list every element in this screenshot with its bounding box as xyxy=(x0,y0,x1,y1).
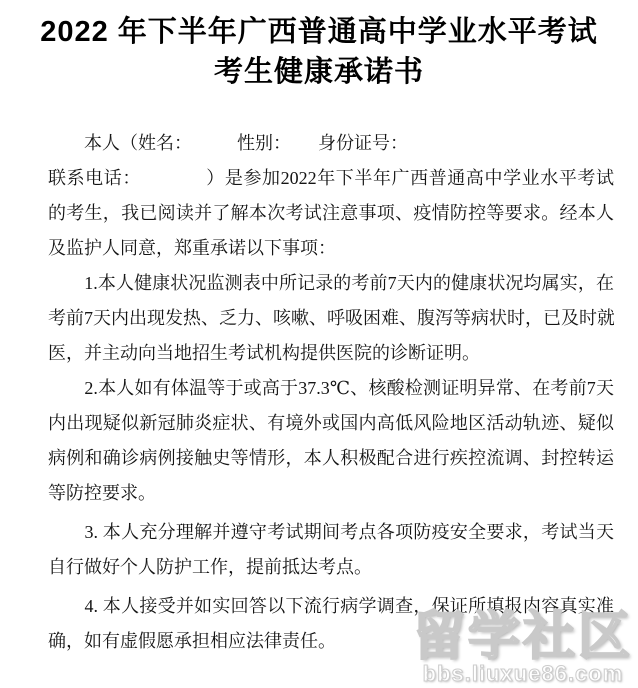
item-2-line-3: 病例和确诊病例接触史等情形，本人积极配合进行疾控流调、封控转运 xyxy=(48,441,614,476)
item-1-line-1: 1.本人健康状况监测表中所记录的考前7天内的健康状况均属实，在 xyxy=(48,266,614,301)
item-3-line-1: 3. 本人充分理解并遵守考试期间考点各项防疫安全要求，考试当天 xyxy=(48,515,614,550)
watermark-site-url: bbs.liuxue86.com xyxy=(413,662,633,686)
intro-paragraph: 本人（姓名： 性别： 身份证号： 联系电话： ）是参加2022年下半年广西普通高… xyxy=(48,126,614,266)
intro-line-phone: 联系电话： ）是参加2022年下半年广西普通高中学业水平考试 xyxy=(48,161,614,196)
item-4-line-2: 确，如有虚假愿承担相应法律责任。 xyxy=(48,624,614,659)
item-1-line-2: 考前7天内出现发热、乏力、咳嗽、呼吸困难、腹泻等病状时，已及时就 xyxy=(48,301,614,336)
intro-line-4: 及监护人同意，郑重承诺以下事项： xyxy=(48,231,614,266)
commitment-item-2: 2.本人如有体温等于或高于37.3℃、核酸检测证明异常、在考前7天 内出现疑似新… xyxy=(48,371,614,511)
commitment-item-1: 1.本人健康状况监测表中所记录的考前7天内的健康状况均属实，在 考前7天内出现发… xyxy=(48,266,614,371)
item-1-line-3: 医，并主动向当地招生考试机构提供医院的诊断证明。 xyxy=(48,336,614,371)
item-2-line-1: 2.本人如有体温等于或高于37.3℃、核酸检测证明异常、在考前7天 xyxy=(48,371,614,406)
title-line-1: 2022 年下半年广西普通高中学业水平考试 xyxy=(0,12,638,52)
item-2-line-2: 内出现疑似新冠肺炎症状、有境外或国内高低风险地区活动轨迹、疑似 xyxy=(48,406,614,441)
title-line-2: 考生健康承诺书 xyxy=(0,52,638,92)
commitment-item-3: 3. 本人充分理解并遵守考试期间考点各项防疫安全要求，考试当天 自行做好个人防护… xyxy=(48,515,614,585)
document-body: 本人（姓名： 性别： 身份证号： 联系电话： ）是参加2022年下半年广西普通高… xyxy=(48,126,614,659)
document-title: 2022 年下半年广西普通高中学业水平考试 考生健康承诺书 xyxy=(0,12,638,92)
document-page: 2022 年下半年广西普通高中学业水平考试 考生健康承诺书 本人（姓名： 性别：… xyxy=(0,0,638,688)
commitment-item-4: 4. 本人接受并如实回答以下流行病学调查，保证所填报内容真实准 确，如有虚假愿承… xyxy=(48,589,614,659)
item-2-line-4: 等防控要求。 xyxy=(48,476,614,511)
intro-line-name-gender-id: 本人（姓名： 性别： 身份证号： xyxy=(48,126,614,161)
item-4-line-1: 4. 本人接受并如实回答以下流行病学调查，保证所填报内容真实准 xyxy=(48,589,614,624)
intro-line-3: 的考生，我已阅读并了解本次考试注意事项、疫情防控等要求。经本人 xyxy=(48,196,614,231)
item-3-line-2: 自行做好个人防护工作，提前抵达考点。 xyxy=(48,550,614,585)
